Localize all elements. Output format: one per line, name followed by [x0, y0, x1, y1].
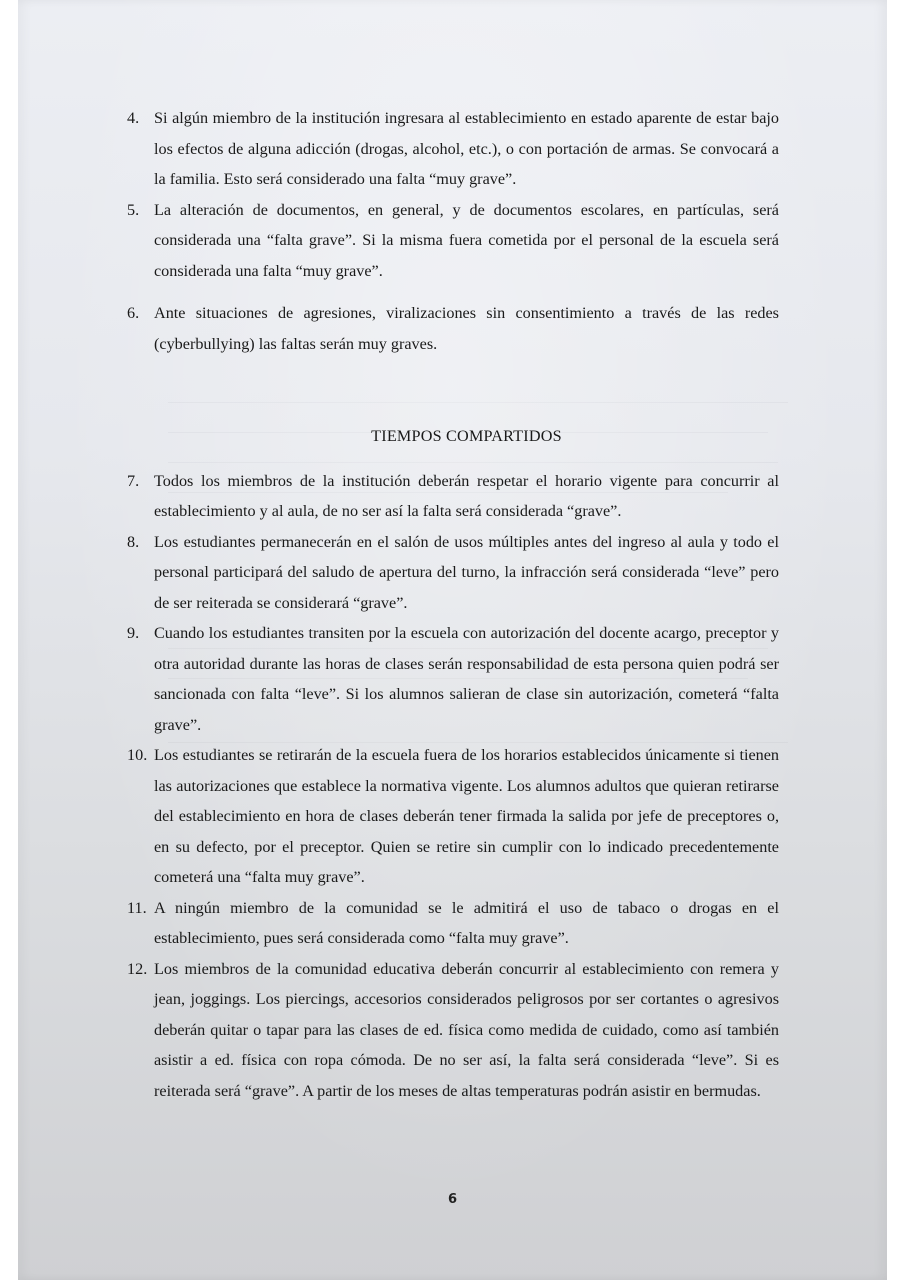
- item-number: 11.: [127, 893, 154, 954]
- list-item-5: 5. La alteración de documentos, en gener…: [127, 195, 779, 287]
- item-text: Cuando los estudiantes transiten por la …: [154, 618, 779, 740]
- list-item-10: 10. Los estudiantes se retirarán de la e…: [127, 740, 779, 893]
- spacer: [127, 286, 779, 298]
- item-number: 4.: [127, 103, 154, 195]
- item-number: 8.: [127, 527, 154, 619]
- item-text: La alteración de documentos, en general,…: [154, 195, 779, 287]
- item-number: 10.: [127, 740, 154, 893]
- item-number: 5.: [127, 195, 154, 287]
- list-item-8: 8. Los estudiantes permanecerán en el sa…: [127, 527, 779, 619]
- item-text: A ningún miembro de la comunidad se le a…: [154, 893, 779, 954]
- item-number: 6.: [127, 298, 154, 359]
- list-item-12: 12. Los miembros de la comunidad educati…: [127, 954, 779, 1107]
- list-item-11: 11. A ningún miembro de la comunidad se …: [127, 893, 779, 954]
- section-heading: TIEMPOS COMPARTIDOS: [127, 421, 779, 452]
- page-number: 6: [0, 1192, 905, 1207]
- item-number: 7.: [127, 466, 154, 527]
- item-text: Los estudiantes permanecerán en el salón…: [154, 527, 779, 619]
- item-text: Los miembros de la comunidad educativa d…: [154, 954, 779, 1107]
- list-item-6: 6. Ante situaciones de agresiones, viral…: [127, 298, 779, 359]
- item-number: 9.: [127, 618, 154, 740]
- item-text: Todos los miembros de la institución deb…: [154, 466, 779, 527]
- list-item-7: 7. Todos los miembros de la institución …: [127, 466, 779, 527]
- item-number: 12.: [127, 954, 154, 1107]
- list-item-4: 4. Si algún miembro de la institución in…: [127, 103, 779, 195]
- list-item-9: 9. Cuando los estudiantes transiten por …: [127, 618, 779, 740]
- item-text: Los estudiantes se retirarán de la escue…: [154, 740, 779, 893]
- item-text: Si algún miembro de la institución ingre…: [154, 103, 779, 195]
- document-body: 4. Si algún miembro de la institución in…: [127, 103, 779, 1106]
- item-text: Ante situaciones de agresiones, viraliza…: [154, 298, 779, 359]
